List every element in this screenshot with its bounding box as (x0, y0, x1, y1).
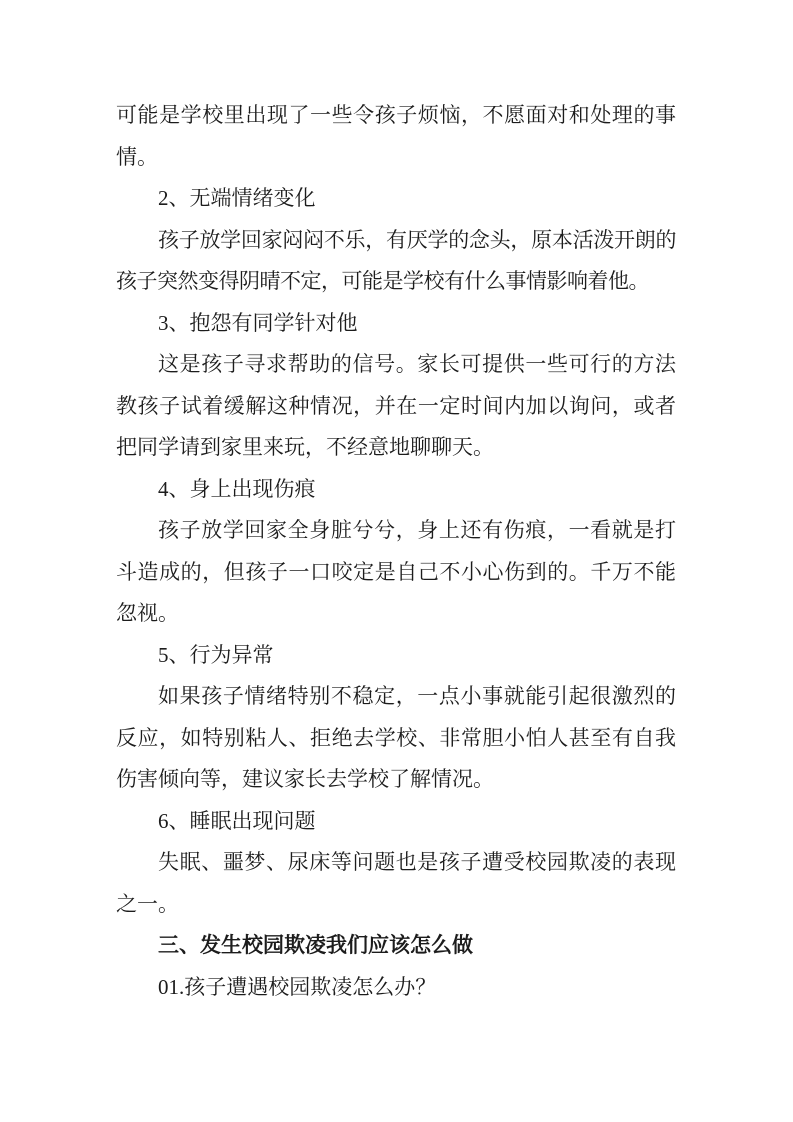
document-page: 可能是学校里出现了一些令孩子烦恼，不愿面对和处理的事情。 2、无端情绪变化 孩子… (0, 0, 793, 1122)
numbered-heading-6: 6、睡眠出现问题 (116, 801, 676, 843)
body-paragraph-emotion-change: 孩子放学回家闷闷不乐，有厌学的念头，原本活泼开朗的孩子突然变得阴晴不定，可能是学… (116, 220, 676, 303)
body-paragraph-wounds: 孩子放学回家全身脏兮兮，身上还有伤痕，一看就是打斗造成的，但孩子一口咬定是自己不… (116, 510, 676, 635)
body-paragraph-abnormal-behavior: 如果孩子情绪特别不稳定，一点小事就能引起很激烈的反应，如特别粘人、拒绝去学校、非… (116, 676, 676, 801)
numbered-heading-5: 5、行为异常 (116, 635, 676, 677)
continuation-paragraph: 可能是学校里出现了一些令孩子烦恼，不愿面对和处理的事情。 (116, 95, 676, 178)
numbered-heading-3: 3、抱怨有同学针对他 (116, 303, 676, 345)
section-heading-three: 三、发生校园欺凌我们应该怎么做 (116, 925, 676, 967)
question-heading-01: 01.孩子遭遇校园欺凌怎么办？ (116, 967, 676, 1009)
numbered-heading-4: 4、身上出现伤痕 (116, 469, 676, 511)
body-paragraph-sleep-problems: 失眠、噩梦、尿床等问题也是孩子遭受校园欺凌的表现之一。 (116, 842, 676, 925)
document-text-block: 可能是学校里出现了一些令孩子烦恼，不愿面对和处理的事情。 2、无端情绪变化 孩子… (116, 95, 676, 1008)
numbered-heading-2: 2、无端情绪变化 (116, 178, 676, 220)
body-paragraph-complaints: 这是孩子寻求帮助的信号。家长可提供一些可行的方法教孩子试着缓解这种情况，并在一定… (116, 344, 676, 469)
